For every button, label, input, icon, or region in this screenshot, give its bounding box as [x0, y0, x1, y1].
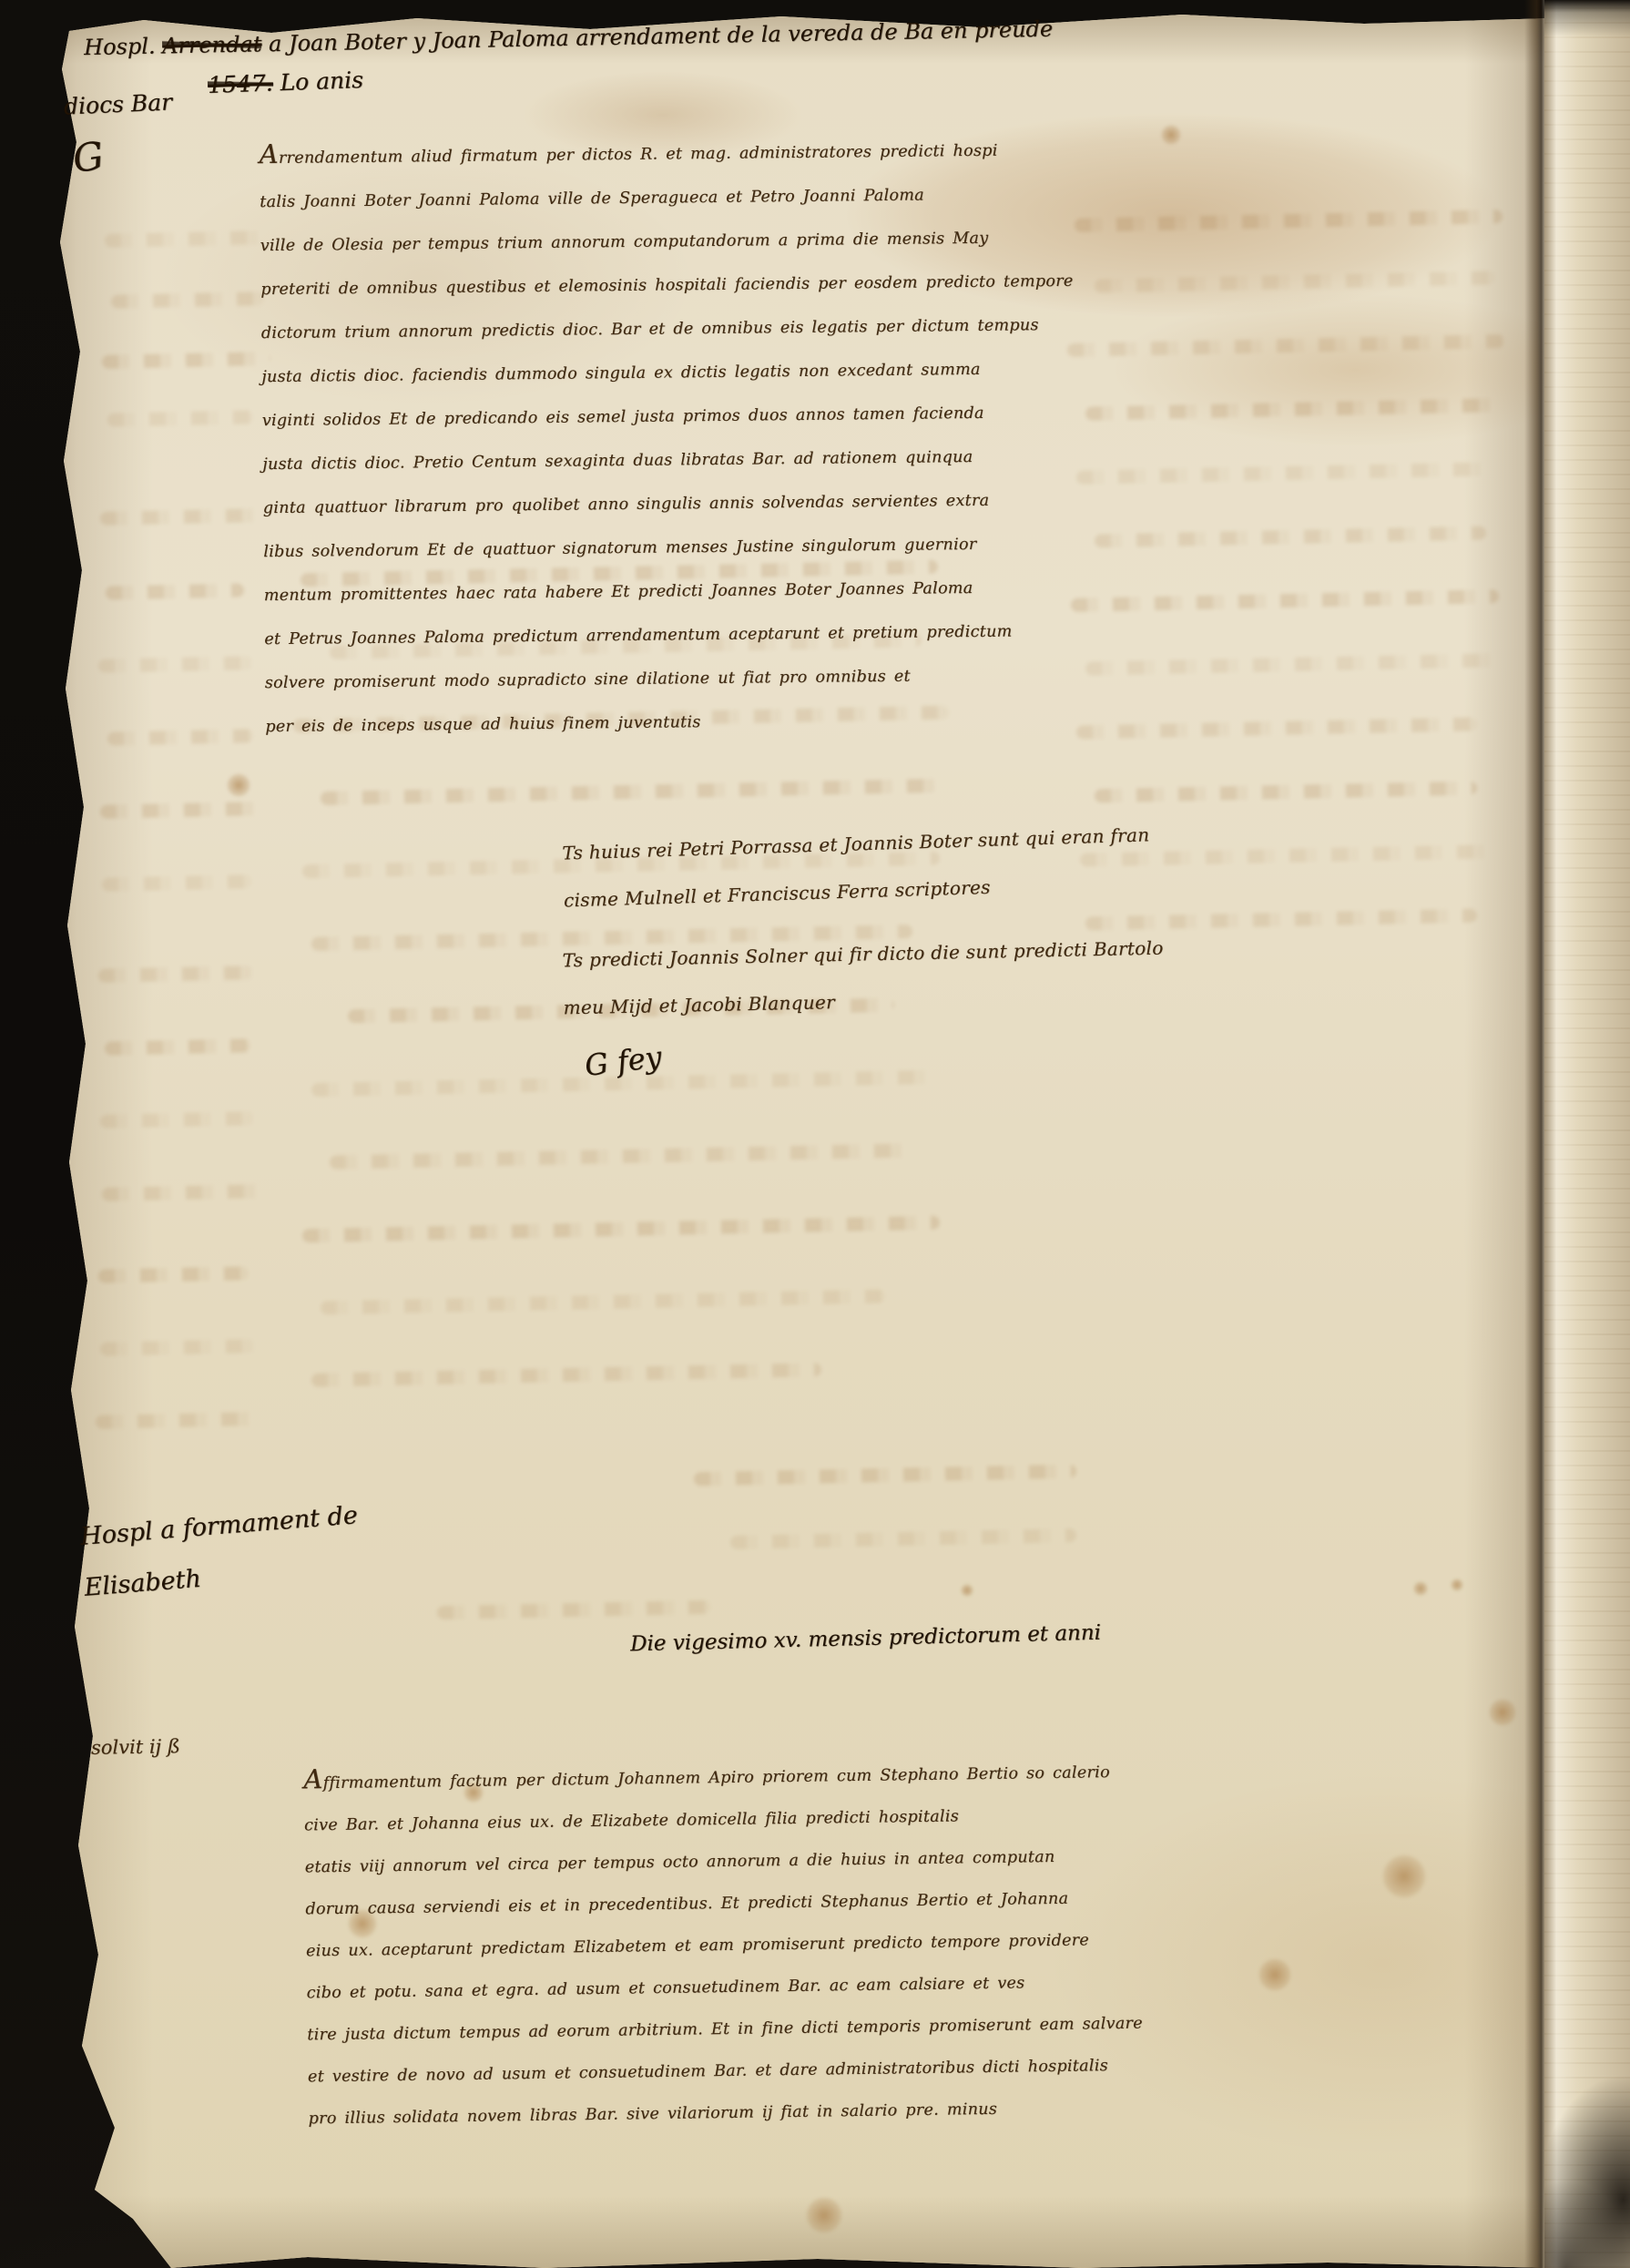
manuscript-scan: Hospl. Arrendat a Joan Boter y Joan Palo…	[0, 0, 1630, 2268]
facing-page-edge	[1544, 0, 1630, 2268]
year-struck: 1547.	[208, 69, 274, 97]
margin-note-diocese: diocs Bar	[63, 88, 172, 119]
text-line: talis Joanni Boter Joanni Paloma ville d…	[260, 173, 979, 224]
text-line: mentum promittentes haec rata habere Et …	[264, 567, 983, 618]
text-line: preteriti de omnibus questibus et elemos…	[260, 261, 980, 312]
text-line: dictorum trium annorum predictis dioc. B…	[261, 304, 981, 355]
text-line: ville de Olesia per tempus trium annorum…	[260, 217, 980, 268]
header-hospital-abbrev: Hospl.	[84, 34, 156, 60]
entry2-text-block: Affirmamentum factum per dictum Johannem…	[303, 1753, 1014, 2140]
text-line: justa dictis dioc. Pretio Centum sexagin…	[262, 435, 982, 486]
text-line: justa dictis dioc. faciendis dummodo sin…	[261, 348, 981, 399]
text-line: Arrendamentum aliud firmatum per dictos …	[260, 129, 979, 180]
entry1-text-block: Arrendamentum aliud firmatum per dictos …	[260, 129, 985, 749]
text-line: solvere promiserunt modo supradicto sine…	[265, 654, 984, 705]
entry2-margin-note: Hospl a formament de Elisabeth	[78, 1490, 363, 1614]
year-note: Lo anis	[280, 66, 363, 96]
payment-note: solvit ij ß	[91, 1735, 180, 1759]
header-year-line: 1547. Lo anis	[208, 66, 364, 98]
text-line: per eis de inceps usque ad huius finem j…	[265, 698, 984, 749]
header-struck-word: Arrendat	[162, 31, 262, 58]
text-line: viginti solidos Et de predicando eis sem…	[262, 392, 982, 443]
text-line: ginta quattuor librarum pro quolibet ann…	[263, 479, 983, 530]
witnesses-paragraph-2: Ts predicti Joannis Solner qui fir dicto…	[562, 922, 1292, 1032]
margin-paraph: G	[70, 133, 107, 181]
text-line: et Petrus Joannes Paloma predictum arren…	[264, 610, 983, 661]
text-line: libus solvendorum Et de quattuor signato…	[263, 523, 983, 574]
